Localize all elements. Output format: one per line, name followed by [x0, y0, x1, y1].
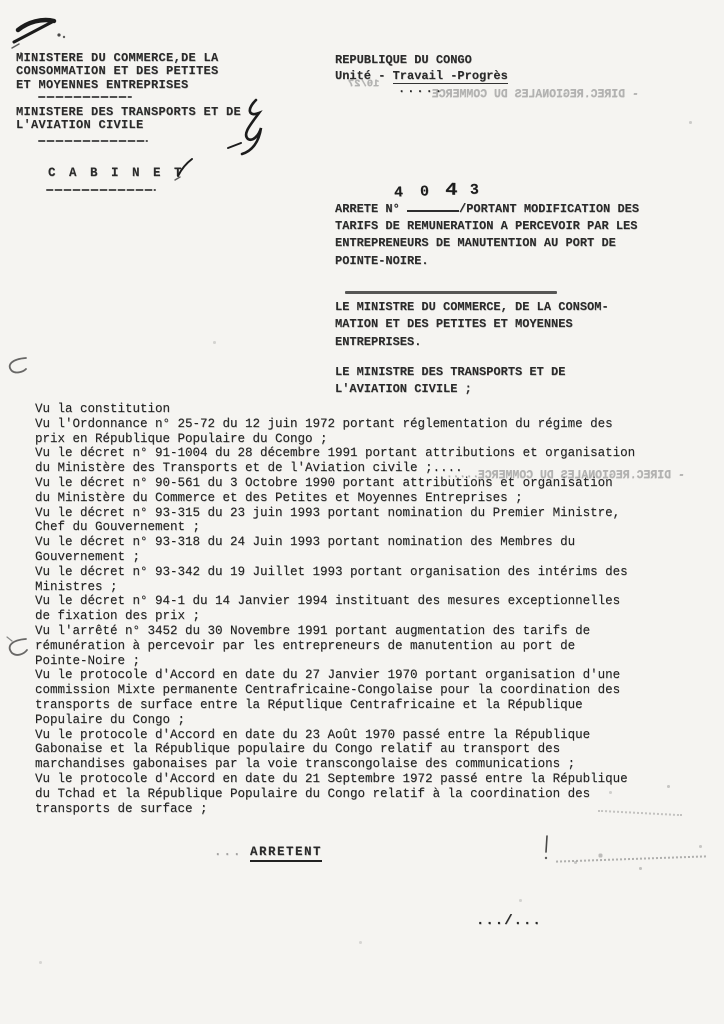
ministry-transport-line: L'AVIATION CIVILE [16, 119, 241, 132]
divider-under-cabinet [46, 189, 156, 191]
body-line: Vu le protocole d'Accord en date du 23 A… [35, 728, 695, 743]
body-line: Chef du Gouvernement ; [35, 520, 695, 535]
arrete-title-line2: TARIFS DE REMUNERATION A PERCEVOIR PAR L… [335, 218, 655, 235]
arrete-title-rest: /PORTANT MODIFICATION DES [459, 202, 639, 216]
bleedthrough-number: 10/27 [348, 78, 380, 90]
divider-under-ministry-commerce [38, 96, 132, 98]
arrete-title-line3: ENTREPRENEURS DE MANUTENTION AU PORT DE [335, 235, 655, 252]
body-line: du Ministère du Commerce et des Petites … [35, 491, 695, 506]
pen-tick-cabinet-icon [172, 156, 194, 182]
body-line: Vu le décret n° 91-1004 du 28 décembre 1… [35, 446, 695, 461]
bleedthrough-stamp-top: - DIREC.REGIONALES DU COMMERCE [432, 88, 639, 101]
body-line: Vu l'Ordonnance n° 25-72 du 12 juin 1972… [35, 417, 695, 432]
cabinet-label: C A B I N E T [48, 166, 185, 180]
body-line: Vu le décret n° 93-342 du 19 Juillet 199… [35, 565, 695, 580]
body-line: de fixation des prix ; [35, 609, 695, 624]
arretent-label: ARRETENT [250, 845, 322, 862]
arrete-title-line4: POINTE-NOIRE. [335, 253, 655, 270]
ministry-transport-block: MINISTERE DES TRANSPORTS ET DEL'AVIATION… [16, 106, 241, 133]
arrete-number-typed-suffix: 3 [470, 181, 484, 198]
arrete-number-blank [407, 202, 459, 212]
ministry-commerce-block: MINISTERE DU COMMERCE,DE LACONSOMMATION … [16, 52, 219, 92]
minister-commerce-line: ENTREPRISES. [335, 334, 609, 351]
ministry-commerce-line: CONSOMMATION ET DES PETITES [16, 65, 219, 78]
pen-exclamation-mark-icon [542, 834, 552, 862]
body-line: du Tchad et la République Populaire du C… [35, 787, 695, 802]
scanned-decree-page: MINISTERE DU COMMERCE,DE LACONSOMMATION … [0, 0, 724, 1024]
arretent-lead-dots: ... [214, 845, 243, 859]
body-line: Vu l'arrêté n° 3452 du 30 Novembre 1991 … [35, 624, 695, 639]
body-line: Vu le protocole d'Accord en date du 27 J… [35, 668, 695, 683]
arrete-number-pen-digit: 4 [445, 180, 458, 200]
pen-scribble-topleft-icon [6, 8, 70, 56]
body-line: Populaire du Congo ; [35, 713, 695, 728]
decree-preamble-body: Vu la constitutionVu l'Ordonnance n° 25-… [35, 402, 695, 816]
scan-noise-specks [0, 0, 1, 1]
scan-noise-dotted-row [556, 855, 706, 862]
divider-under-ministry-transport [38, 140, 148, 142]
minister-commerce-line: LE MINISTRE DU COMMERCE, DE LA CONSOM- [335, 299, 609, 316]
body-line: Gouvernement ; [35, 550, 695, 565]
body-line: Vu le protocole d'Accord en date du 21 S… [35, 772, 695, 787]
body-line: Vu le décret n° 93-315 du 23 juin 1993 p… [35, 506, 695, 521]
body-line: commission Mixte permanente Centrafricai… [35, 683, 695, 698]
body-line: Gabonaise et la République populaire du … [35, 742, 695, 757]
republic-title: REPUBLIQUE DU CONGO [335, 52, 508, 68]
minister-commerce-line: MATION ET DES PETITES ET MOYENNES [335, 316, 609, 333]
arrete-title-block: ARRETE N° /PORTANT MODIFICATION DES TARI… [335, 201, 655, 270]
arrete-number-typed-prefix: 4 0 [394, 183, 434, 201]
minister-transport-block: LE MINISTRE DES TRANSPORTS ET DEL'AVIATI… [335, 364, 565, 399]
bleed-mid-dots: ..... [446, 469, 479, 481]
arrete-title-line1: ARRETE N° /PORTANT MODIFICATION DES [335, 201, 655, 218]
bleedthrough-stamp-mid: - DIREC.REGIONALES DU COMMERCE [478, 469, 685, 482]
ministry-commerce-line: MINISTERE DU COMMERCE,DE LA [16, 52, 219, 65]
body-line: rémunération à percevoir par les entrepr… [35, 639, 695, 654]
body-line: Ministres ; [35, 580, 695, 595]
minister-commerce-block: LE MINISTRE DU COMMERCE, DE LA CONSOM-MA… [335, 299, 609, 351]
minister-transport-line: L'AVIATION CIVILE ; [335, 381, 565, 398]
divider-under-arrete-title [345, 291, 557, 294]
page-continuation-mark: .../... [476, 913, 542, 929]
body-line: Vu le décret n° 93-318 du 24 Juin 1993 p… [35, 535, 695, 550]
body-line: Vu la constitution [35, 402, 695, 417]
ministry-transport-line: MINISTERE DES TRANSPORTS ET DE [16, 106, 241, 119]
pen-curl-margin-top-icon [2, 354, 30, 378]
arrete-label: ARRETE N° [335, 202, 400, 216]
body-line: transports de surface ; [35, 802, 695, 817]
body-line: prix en République Populaire du Congo ; [35, 432, 695, 447]
minister-transport-line: LE MINISTRE DES TRANSPORTS ET DE [335, 364, 565, 381]
pen-scribble-ministry-icon [224, 96, 270, 158]
handwritten-arrete-number: 4 0 4 3 [394, 179, 484, 202]
body-line: transports de surface entre la Réputliqu… [35, 698, 695, 713]
body-line: Vu le décret n° 94-1 du 14 Janvier 1994 … [35, 594, 695, 609]
ministry-commerce-line: ET MOYENNES ENTREPRISES [16, 79, 219, 92]
body-line: marchandises gabonaises par la voie tran… [35, 757, 695, 772]
arretent-heading: ... ARRETENT [214, 845, 322, 859]
body-line: Pointe-Noire ; [35, 654, 695, 669]
pen-curl-margin-bottom-icon [2, 634, 30, 662]
